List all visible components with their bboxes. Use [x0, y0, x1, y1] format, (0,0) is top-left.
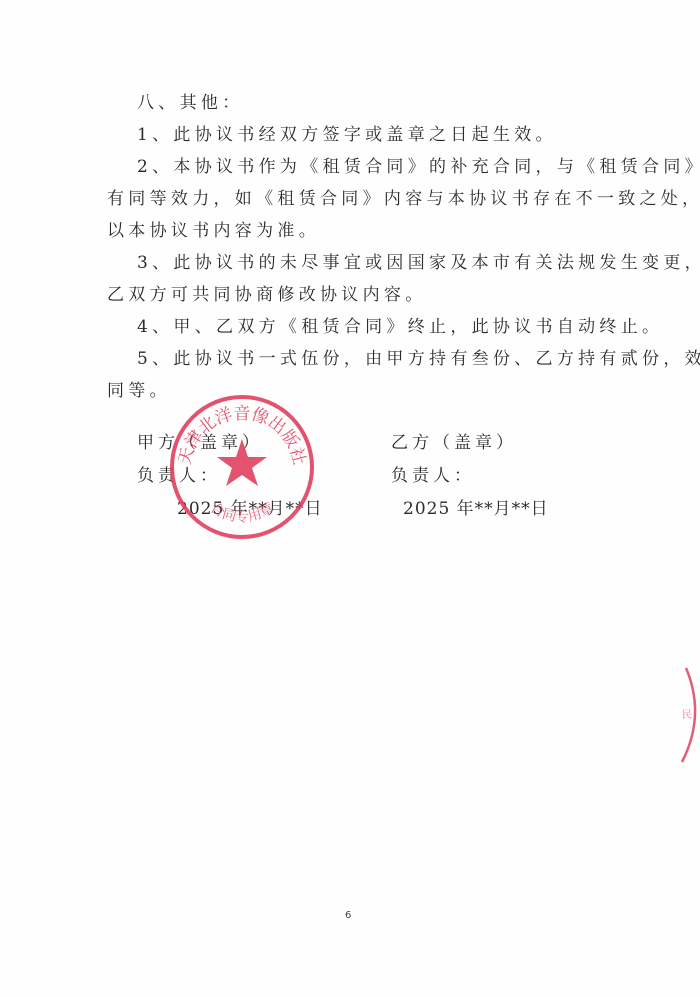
edge-seal-fragment-icon: 民: [660, 660, 700, 770]
party-b-responsible: 负责人：: [391, 466, 475, 486]
document-page: 八、其他： 1、此协议书经双方签字或盖章之日起生效。 2、本协议书作为《租赁合同…: [0, 0, 700, 997]
party-a-responsible: 负责人：: [137, 466, 221, 486]
svg-text:民: 民: [682, 709, 692, 721]
clause-2-line-3: 以本协议书内容为准。: [107, 221, 320, 241]
section-title: 八、其他：: [137, 93, 244, 113]
party-a-date: 2025 年**月**日: [177, 499, 323, 519]
party-b-date: 2025 年**月**日: [403, 499, 549, 519]
clause-2-line-2: 有同等效力，如《租赁合同》内容与本协议书存在不一致之处，应当: [107, 189, 700, 209]
party-b-label: 乙方（盖章）: [391, 433, 517, 453]
clause-3-line-1: 3、此协议书的未尽事宜或因国家及本市有关法规发生变更，甲、: [137, 253, 700, 273]
clause-5-line-1: 5、此协议书一式伍份，由甲方持有叁份、乙方持有贰份，效力: [137, 349, 700, 369]
page-number: 6: [345, 910, 351, 921]
clause-3-line-2: 乙双方可共同协商修改协议内容。: [107, 285, 427, 305]
clause-4-line-1: 4、甲、乙双方《租赁合同》终止，此协议书自动终止。: [137, 317, 663, 337]
clause-5-line-2: 同等。: [107, 381, 171, 401]
clause-2-line-1: 2、本协议书作为《租赁合同》的补充合同，与《租赁合同》具: [137, 157, 700, 177]
clause-1-line-1: 1、此协议书经双方签字或盖章之日起生效。: [137, 125, 557, 145]
party-a-label: 甲方（盖章）: [137, 433, 263, 453]
